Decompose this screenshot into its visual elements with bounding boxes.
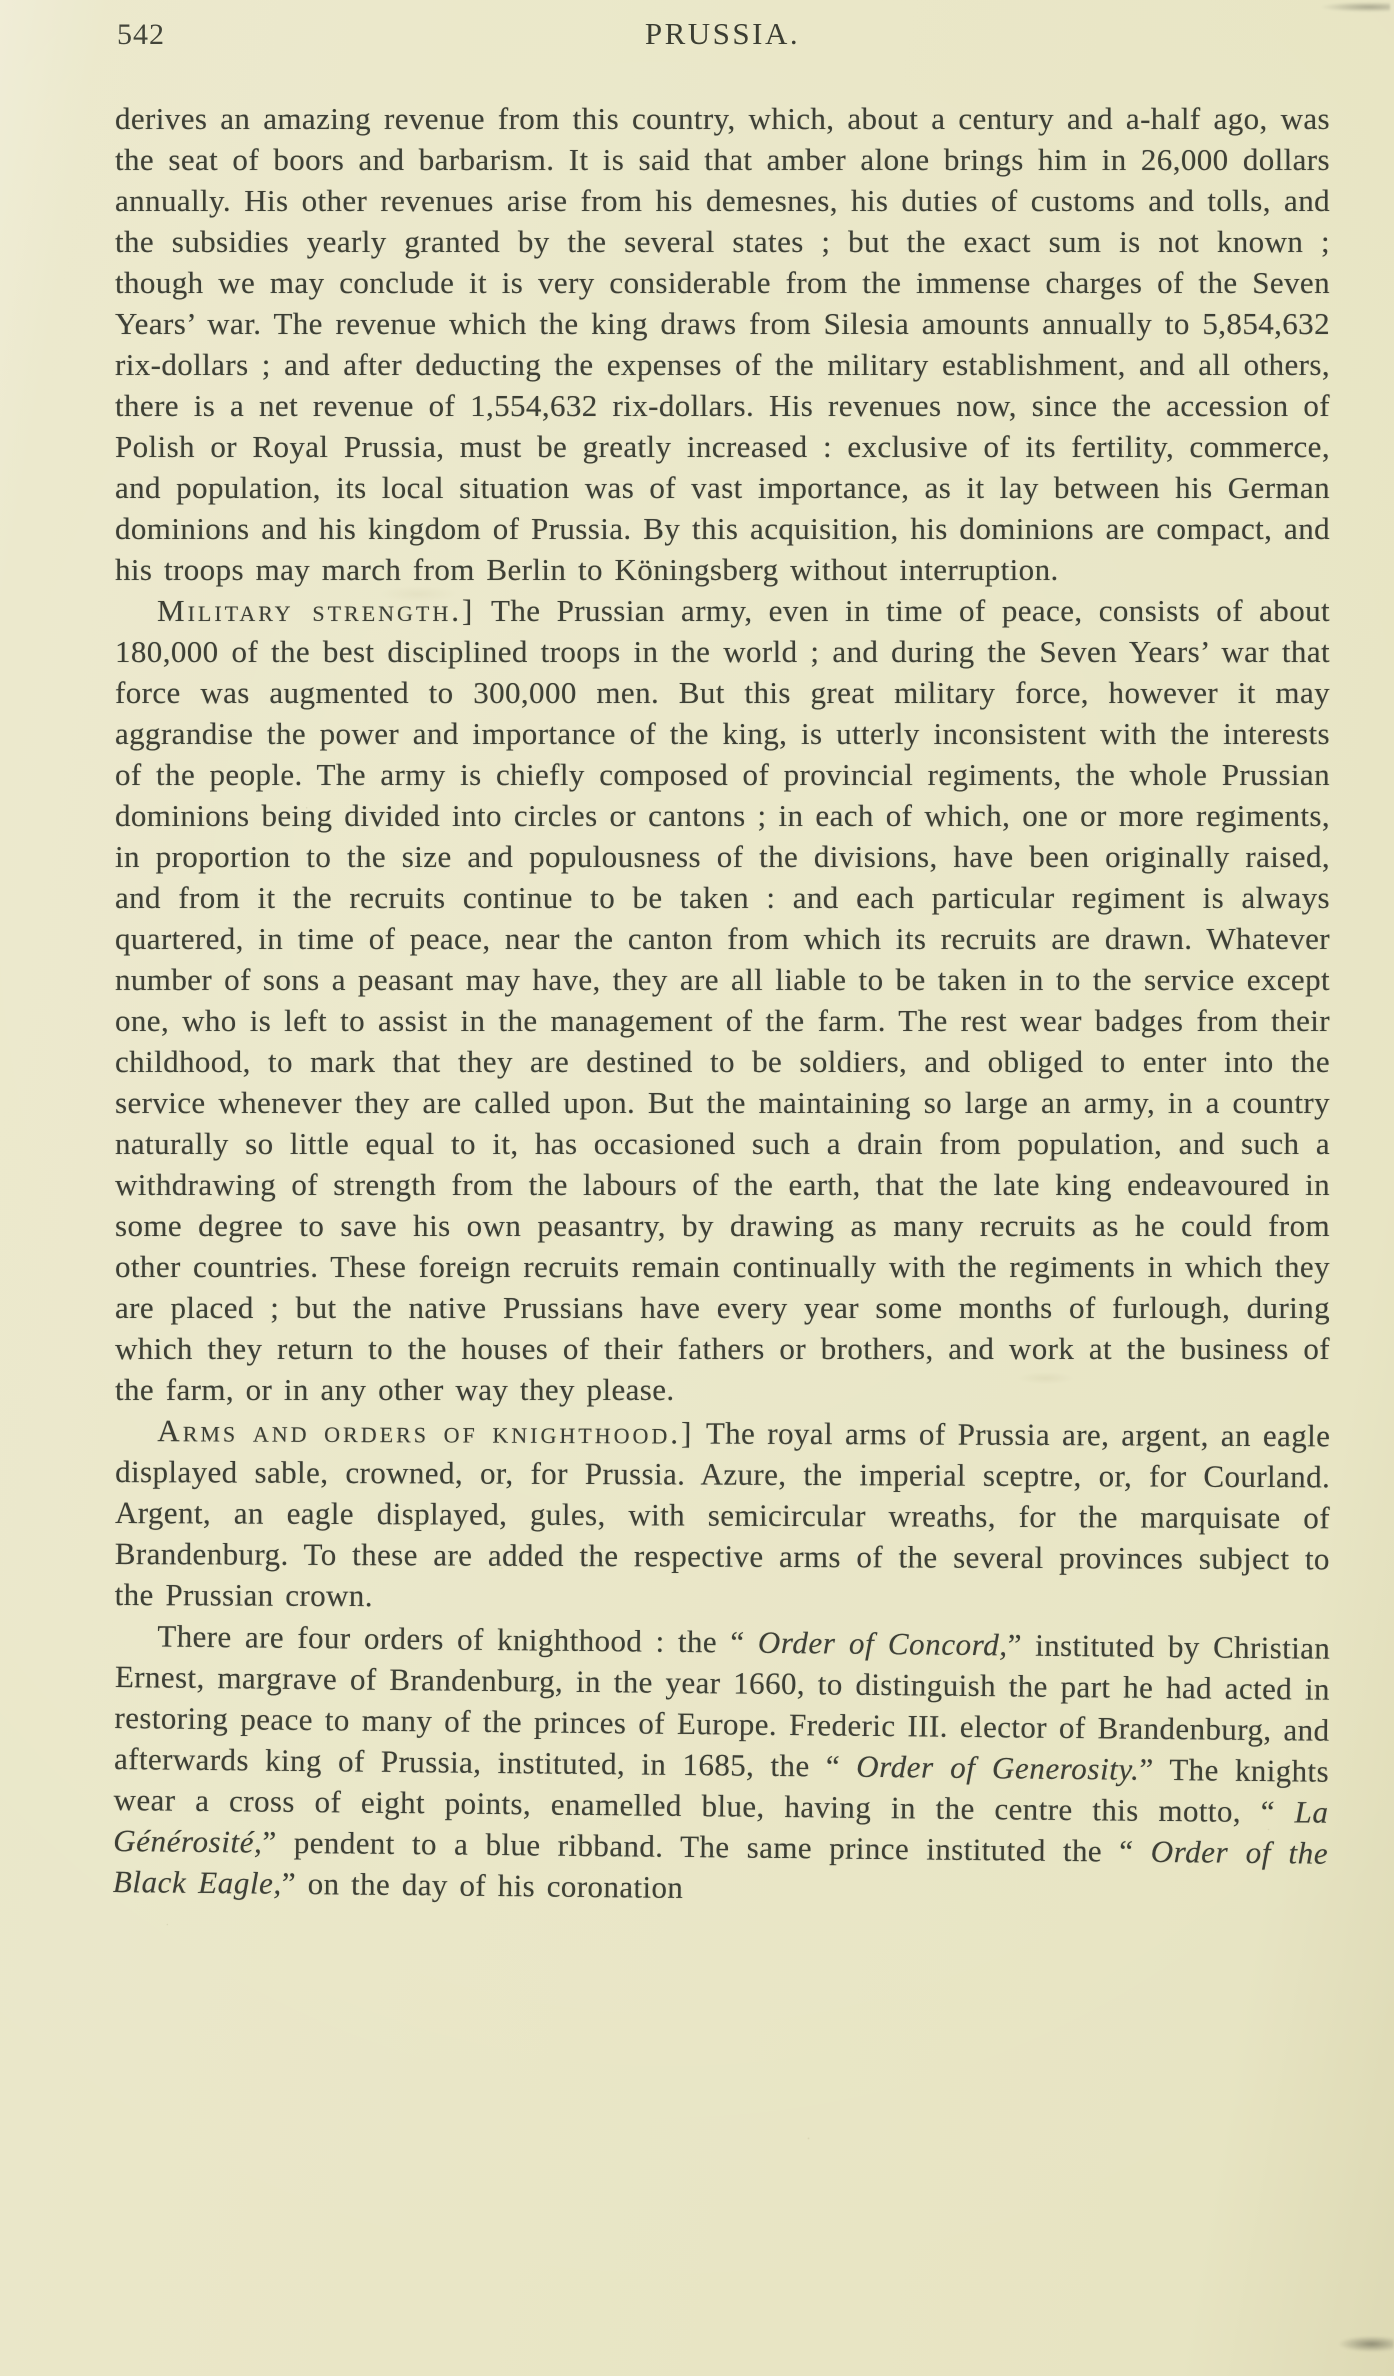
paragraph-arms-orders: Arms and orders of knighthood.] The roya… (115, 1410, 1331, 1620)
knighthood-segment-9: ” on the day of his coronation (282, 1866, 684, 1905)
paragraph-revenue-text: derives an amazing revenue from this cou… (115, 101, 1330, 587)
text-block: derives an amazing revenue from this cou… (115, 98, 1330, 1902)
page-header-row: 542 PRUSSIA. (115, 16, 1330, 56)
knighthood-segment-order-of-concord: Order of Concord, (758, 1625, 1008, 1663)
knighthood-segment-7: ” pendent to a blue ribband. The same pr… (262, 1825, 1151, 1869)
arms-orders-heading: Arms and orders of knighthood.] (157, 1413, 694, 1450)
ink-smudge-top-right (1320, 2, 1390, 12)
paragraph-military-strength: Military strength.] The Prussian army, e… (115, 590, 1330, 1410)
knighthood-segment-1: There are four orders of knighthood : th… (157, 1618, 758, 1659)
book-page: 542 PRUSSIA. derives an amazing revenue … (0, 0, 1394, 2376)
knighthood-segment-order-of-generosity: Order of Generosity. (856, 1749, 1140, 1787)
military-strength-heading: Military strength.] (157, 593, 475, 628)
paragraph-revenue: derives an amazing revenue from this cou… (115, 98, 1330, 590)
ink-smudge-bottom-right (1338, 2336, 1394, 2352)
page-number: 542 (117, 18, 165, 52)
paragraph-knighthood-orders: There are four orders of knighthood : th… (113, 1615, 1331, 1915)
running-head-title: PRUSSIA. (115, 16, 1330, 52)
paragraph-military-strength-text: The Prussian army, even in time of peace… (115, 593, 1330, 1407)
